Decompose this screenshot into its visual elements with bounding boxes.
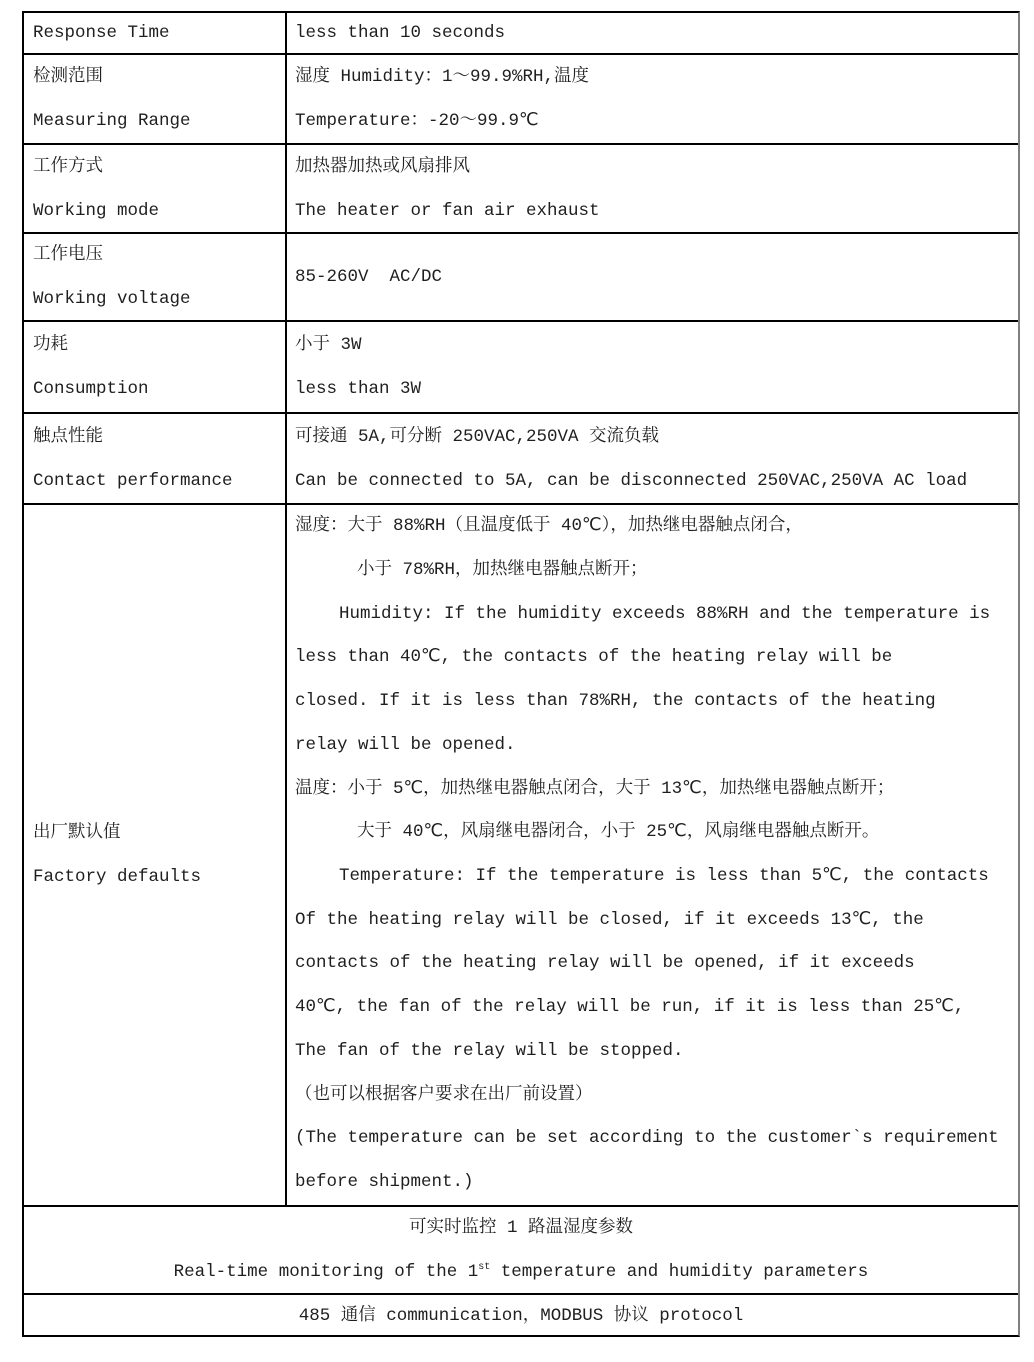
label-line: 检测范围 — [33, 55, 285, 99]
value-line: relay will be opened. — [295, 724, 1018, 768]
value-cell-factory-defaults: 湿度：大于 88%RH（且温度低于 40℃），加热继电器触点闭合， 小于 78%… — [287, 505, 1018, 1205]
table-row-contact-performance: 触点性能 Contact performance 可接通 5A,可分断 250V… — [24, 412, 1018, 503]
value-line: less than 40℃, the contacts of the heati… — [295, 636, 1018, 680]
monitoring-en-suffix: temperature and humidity parameters — [490, 1262, 868, 1282]
label-line: Consumption — [33, 367, 285, 411]
value-line: 湿度：大于 88%RH（且温度低于 40℃），加热继电器触点闭合， — [295, 505, 1018, 549]
table-row-response-time: Response Time less than 10 seconds — [24, 13, 1018, 53]
label-line: Contact performance — [33, 459, 285, 503]
label-line: 工作方式 — [33, 145, 285, 189]
table-row-factory-defaults: 出厂默认值 Factory defaults 湿度：大于 88%RH（且温度低于… — [24, 503, 1018, 1205]
value-line: closed. If it is less than 78%RH, the co… — [295, 680, 1018, 724]
label-cell-response-time: Response Time — [24, 13, 287, 53]
value-line: 温度：小于 5℃，加热继电器触点闭合，大于 13℃，加热继电器触点断开； — [295, 768, 1018, 812]
value-line: (The temperature can be set according to… — [295, 1117, 1018, 1161]
label-line: 出厂默认值 — [33, 811, 285, 855]
value-line: The fan of the relay will be stopped. — [295, 1030, 1018, 1074]
monitoring-line-cjk: 可实时监控 1 路温湿度参数 — [24, 1207, 1018, 1250]
merged-cell-monitoring: 可实时监控 1 路温湿度参数 Real-time monitoring of t… — [24, 1207, 1018, 1293]
value-line: 85-260V AC/DC — [295, 255, 1018, 299]
table-row-working-mode: 工作方式 Working mode 加热器加热或风扇排风 The heater … — [24, 143, 1018, 232]
merged-cell-communication: 485 通信 communication，MODBUS 协议 protocol — [24, 1295, 1018, 1337]
label-line: 触点性能 — [33, 415, 285, 459]
value-line: Of the heating relay will be closed, if … — [295, 899, 1018, 943]
label-line: Working voltage — [33, 277, 285, 320]
label-line: 功耗 — [33, 323, 285, 367]
value-line: 湿度 Humidity：1～99.9%RH,温度 — [295, 55, 1018, 99]
label-line: Response Time — [33, 13, 285, 53]
value-line: contacts of the heating relay will be op… — [295, 942, 1018, 986]
value-line: less than 3W — [295, 367, 1018, 411]
value-line: Temperature: If the temperature is less … — [295, 855, 1018, 899]
communication-line: 485 通信 communication，MODBUS 协议 protocol — [24, 1295, 1018, 1337]
value-line: before shipment.) — [295, 1161, 1018, 1205]
value-cell-consumption: 小于 3W less than 3W — [287, 322, 1018, 412]
monitoring-line-en: Real-time monitoring of the 1st temperat… — [24, 1250, 1018, 1293]
label-cell-consumption: 功耗 Consumption — [24, 322, 287, 412]
table-row-monitoring: 可实时监控 1 路温湿度参数 Real-time monitoring of t… — [24, 1205, 1018, 1293]
value-line: 小于 78%RH，加热继电器触点断开； — [295, 549, 1018, 593]
label-cell-factory-defaults: 出厂默认值 Factory defaults — [24, 505, 287, 1205]
value-line: 40℃, the fan of the relay will be run, i… — [295, 986, 1018, 1030]
value-line: 小于 3W — [295, 323, 1018, 367]
value-line: Temperature：-20～99.9℃ — [295, 99, 1018, 143]
value-cell-measuring-range: 湿度 Humidity：1～99.9%RH,温度 Temperature：-20… — [287, 55, 1018, 143]
label-cell-measuring-range: 检测范围 Measuring Range — [24, 55, 287, 143]
table-row-consumption: 功耗 Consumption 小于 3W less than 3W — [24, 320, 1018, 412]
value-line: Can be connected to 5A, can be disconnec… — [295, 459, 1018, 503]
value-cell-working-voltage: 85-260V AC/DC — [287, 234, 1018, 320]
value-line: （也可以根据客户要求在出厂前设置） — [295, 1074, 1018, 1118]
label-cell-contact-performance: 触点性能 Contact performance — [24, 414, 287, 503]
label-line: 工作电压 — [33, 234, 285, 277]
label-line: Measuring Range — [33, 99, 285, 143]
table-row-communication: 485 通信 communication，MODBUS 协议 protocol — [24, 1293, 1018, 1337]
spec-table: Response Time less than 10 seconds 检测范围 … — [22, 11, 1020, 1337]
value-line: Humidity: If the humidity exceeds 88%RH … — [295, 593, 1018, 637]
label-cell-working-voltage: 工作电压 Working voltage — [24, 234, 287, 320]
value-line: 加热器加热或风扇排风 — [295, 145, 1018, 189]
value-line: The heater or fan air exhaust — [295, 189, 1018, 233]
superscript-st: st — [478, 1262, 490, 1273]
value-line: less than 10 seconds — [295, 13, 1018, 53]
label-line: Factory defaults — [33, 855, 285, 899]
table-row-measuring-range: 检测范围 Measuring Range 湿度 Humidity：1～99.9%… — [24, 53, 1018, 143]
value-cell-response-time: less than 10 seconds — [287, 13, 1018, 53]
label-cell-working-mode: 工作方式 Working mode — [24, 145, 287, 232]
value-cell-contact-performance: 可接通 5A,可分断 250VAC,250VA 交流负载 Can be conn… — [287, 414, 1018, 503]
value-line: 可接通 5A,可分断 250VAC,250VA 交流负载 — [295, 415, 1018, 459]
value-line: 大于 40℃，风扇继电器闭合，小于 25℃，风扇继电器触点断开。 — [295, 811, 1018, 855]
label-line: Working mode — [33, 189, 285, 233]
table-row-working-voltage: 工作电压 Working voltage 85-260V AC/DC — [24, 232, 1018, 320]
monitoring-en-prefix: Real-time monitoring of the 1 — [174, 1262, 479, 1282]
value-cell-working-mode: 加热器加热或风扇排风 The heater or fan air exhaust — [287, 145, 1018, 232]
document-page: Response Time less than 10 seconds 检测范围 … — [0, 0, 1034, 1362]
